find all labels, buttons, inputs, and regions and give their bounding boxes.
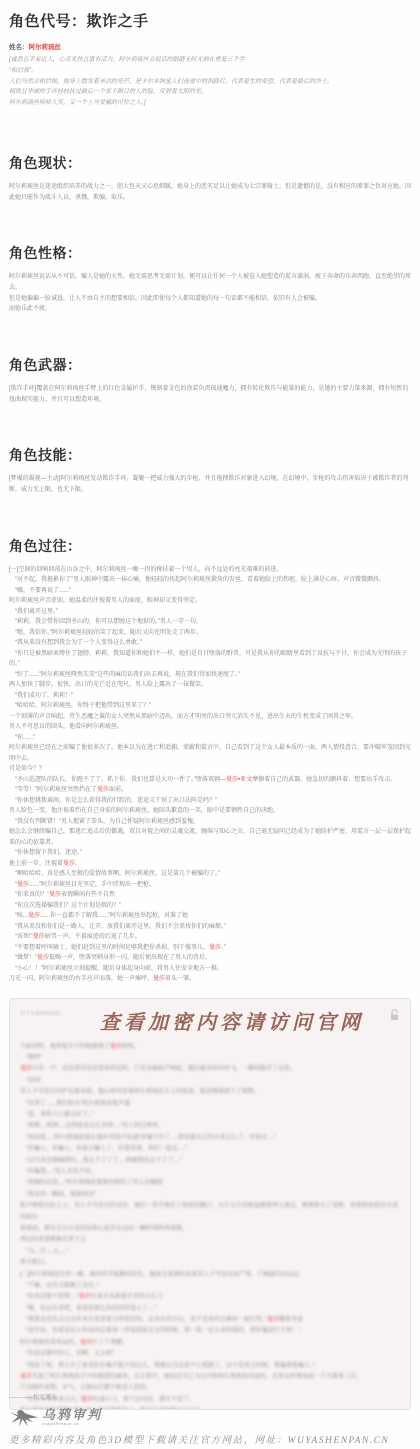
text-segment: “唉... [9,913,28,919]
text-line: 与此同时，她举起手中的枪瞄准了曼莎怒吼。 [20,1042,400,1053]
text-line: “你......” [9,733,411,744]
text-line: “再见的一瞬间，姐姐再见” [20,1190,400,1201]
text-line: 他上前一步，注视着曼莎。 [9,859,411,870]
text-segment: 刀光一闪，阿尔莉琉丝的右手应声而落，她一声痛呼， [9,976,153,982]
encrypted-box-header: 以下为加密的内容: 查看加密内容请访问官网 [20,1006,400,1035]
highlighted-name: 曼莎 [97,787,109,793]
section-personality-text: 阿尔莉琉丝说话从不可信，骗人是她的天性，她无需思考无需计划，便可以让任何一个人被… [9,272,411,315]
text-segment: “你骗我....”男人苦笑不语。 [20,1169,97,1175]
section-weapon-text: [欺诈手环]覆盖在阿尔莉琉丝手臂上的红色金属护手，镌刻着金色的涂装负责疏通魔力，… [9,384,411,405]
text-line: [梦魇的凝视—主动]阿尔莉琉丝发动欺诈手环，凝聚一把威力强大的步枪，并且拖拽欺诈… [9,474,411,495]
text-line: “你骗人，你骗人，你最会骗人了，你要活着，我们一起走....” [20,1144,400,1155]
text-segment: “你真是够不留情....” [20,1294,79,1300]
highlighted-name: 曼莎 [37,955,49,961]
name-label: 姓名： [9,44,29,51]
text-line: “你真是够吓的人，切咧，又大呗” [20,1349,400,1360]
text-line: “等等！”阿尔莉琉丝突然挡在了曼莎面前。 [9,785,411,796]
text-segment: 男人脸色一变，他注视着挡在自己身前的阿尔莉琉丝，她回头歉意的一笑，眼中是要牺牲自… [9,808,279,814]
text-line: “相信我”。 [9,66,411,77]
text-segment: 低喝一声，堕落突刺身形一闪，随后便出现在了男人的背后。 [49,955,211,961]
text-line: “别逗了呢，我小兵了最美好好骗不能不知这么，我就以为这也不心慌跑了，这不是真会的… [20,1361,400,1372]
document-content: 角色代号：欺诈之手 姓名：阿尔莉琉丝 [诚恳且平易近人，心灵炙热且富有活力，阿尔… [0,0,420,1410]
text-segment: “做梦！” [9,955,37,961]
text-line: 阿尔莉琉丝声音虚弱，她温柔的注视着男人的面庞，眼神却又变得坚定。 [9,596,411,607]
highlighted-name: 曼莎 [153,976,165,982]
text-segment: “这可真是够煽情的....我走不了了了....再煽情也走不了了....” [20,1158,182,1164]
text-line: “没事了......我们快走”阿尔莉琉丝低声道 [20,1099,400,1110]
text-segment: “我从来没有想到我会为了一个人变得这么勇敢。” [9,640,142,646]
text-line: “好了......”阿尔莉琉丝哑然失笑“这些肉麻的话我们出去再说，现在我们得加快… [9,670,411,681]
author-signature: ------------松冗谨东 [9,1392,411,1401]
text-segment: “嗯哼” [20,1055,42,1061]
text-line: “不要想着呼叫骑士，她们赶到这里的时间足够我把你杀掉，别干傻事儿，曼莎。” [9,943,411,954]
text-segment: “该死!” [9,934,33,940]
section-heading-status: 角色现状： [9,153,411,173]
text-segment: “我们成功了，莉莉！” [9,693,73,699]
text-segment: 摩擦着自己的武器，她急切的颤抖着，想要出手攻击。 [252,777,396,783]
brand-logo[interactable]: 乌鸦审判 wuyashenpan.cn [9,1408,411,1428]
text-segment: “恩，重伤马上就会好了。” [20,1112,93,1118]
character-name: 阿尔莉琉丝 [29,44,62,51]
text-line: 精致且华丽的手环轻轻抚过最后一个死不瞑目的人的脸，反射着太阳的光。 [9,87,411,98]
text-segment: 暗骂一声，不着痕迹的后退了几步。 [45,934,141,940]
text-line: “嗯哼” [20,1053,400,1064]
text-segment: “你来真的？” [9,892,49,898]
text-line: 刀光一闪，阿尔莉琉丝的右手应声而落，她一声痛呼，曼莎眉头一皱。 [9,974,411,985]
text-line: 阿尔莉琉丝已经在之前骗了他很多次了，他本以为在逃亡和追捕，蒙蔽和谎言中，自己看到… [9,743,411,764]
text-line: 男人不可思议的护在她身前，他心疼的看着阿尔莉琉丝手上的痕迹，眼泪慢慢流下了眼眶。 [20,1087,400,1098]
section-heading-weapon: 角色武器： [9,355,411,375]
text-segment: “莉莉，我会带你回到圣山的，你可以摆脱这个地狱的。”男人一字一句。 [9,619,202,625]
text-line: 莉琉丝，那句无以言说的话和心底里永远的一瞬时间终将离散。 [20,1224,400,1235]
text-segment: 男人不可思议的回头，他看向阿尔莉琉丝。 [9,724,123,730]
text-line: 但是她偏偏一脸诚恳，让人不由自主的想要相信，因此即使每个人都知道她的每一句话都不… [9,294,411,305]
text-line: [诚恳且平易近人，心灵炙热且富有活力，阿尔莉琉丝会说话的眼睛无时无刻在重复三个字 [9,55,411,66]
text-segment: “没用” [20,1078,42,1084]
text-segment: 面前。 [109,787,127,793]
text-line: [一]空洞的回响回荡在山谷之中，阿尔莉琉丝一瘸一拐的搀扶着一个男人，向不远处的亮… [9,565,411,576]
text-line: “唉...曼莎......你一直都不了解我......”阿尔莉琉丝举起枪，对准了… [9,911,411,922]
text-line: 人们当然会相信她，她身上散发着圣洁的光芒，是卡尔多纳星人们迷途中的指路灯，代表着… [9,77,411,88]
highlighted-name: 曼莎 [33,934,45,940]
text-line: 她怎么会继续骗自己，那逃亡追击后的偶遇，双目对视之间的灵魂交流，缠绵与知心之言，… [9,827,411,848]
text-segment: 两人加快了脚步，很快，出口的光芒近在咫尺，男人脸上露出了一抹微笑。 [9,682,207,688]
text-segment: 翻着身姿 [279,1317,303,1323]
text-line: “我要是没先走过去的本次看来更寻常依旧的，还真有的分坛，看不见真的会被你一枪打死… [20,1315,400,1326]
text-segment: 表情瞬间有些不自然 [61,892,115,898]
text-line: “我们成功了，莉莉！” [9,691,411,702]
highlighted-name: 曼莎•亚文 [226,777,252,783]
text-line: “莉莉....莉莉....这到底是怎么回事....”男人回过神来。 [20,1121,400,1132]
text-segment: 打了个寒颤。 [92,1340,128,1346]
text-segment: 一个刻薄的声音响起，背生恶魔之翼的女人突然从黑暗中迈出，而方才明亮的出口突兀消失… [9,714,357,720]
text-line: “做梦！”曼莎低喝一声，堕落突刺身形一闪，随后便出现在了男人的背后。 [9,953,411,964]
text-segment: “ [9,882,17,888]
text-segment: ......”阿尔莉琉丝目光坚定，手中浮现出一把枪。 [29,882,155,888]
text-segment: “我要是没先走过去的本次看来更寻常依旧的，还真有的分坛，看不见真的会被你一枪打死… [20,1317,267,1323]
text-line: “我们离开这里。” [9,607,411,618]
text-line: “再煽的话连....”阿尔莉琉丝紧紧的捂住了男人的胸膛 [20,1178,400,1189]
text-line: 曼莎冷笑一声，还没来得及说更多的话时，只见金属枪声响起，随后她身形向外飞，一瞬间… [20,1064,400,1075]
text-segment: 吐着舌头掂着手里的大长刀 [91,1294,163,1300]
text-line: 两人加快了脚步，很快，出口的光芒近在咫尺，男人脸上露出了一抹微笑。 [9,680,411,691]
text-segment: “圣山巡逻队的队长，你跑不了了，抓下你，我们也算是大功一件了。”堕落双刺— [9,777,226,783]
text-segment: “啊哈哈哈，真是感人至极的爱情故事啊，阿尔莉琉丝，这是第几个被骗的了。” [9,871,220,877]
text-line: “啊哈哈哈，真是感人至极的爱情故事啊，阿尔莉琉丝，这是第几个被骗的了。” [9,869,411,880]
text-segment: “你休想挑拨离间，你是怎么获得我的行踪的，迷途又干预了出口法阵是吗？” [9,798,217,804]
text-line: “没用” [20,1076,400,1087]
text-line: “嗯，你这次看吧，看来你要让你的同伴进人了....” [20,1304,400,1315]
text-segment: “你只是被黑暗束缚住了翅膀，莉莉，我知道你和她们不一样，她们是自甘堕落的野兽，可… [9,651,407,668]
text-segment: 与此同时，她举起手中的枪瞄准了 [20,1044,110,1050]
text-segment: 阿尔莉琉丝已经在之前骗了他很多次了，他本以为在逃亡和追捕，蒙蔽和谎言中，自己看到… [9,745,411,762]
text-line: “我从来没和你们是一路人，让开，放我们离开这里，我们不会来找你们的麻烦。” [9,922,411,933]
text-line: “你骗我....”男人苦笑不语。 [20,1167,400,1178]
text-segment: “我没有判断错！”男人握紧了拳头，为自己怀疑阿尔莉琉丝感到羞愧。 [9,819,199,825]
text-segment: 。 [75,861,81,867]
highlighted-name: 曼莎 [20,1374,32,1380]
text-line: “嘘，不要再说了......” [9,586,411,597]
text-segment: [二]阿尔莉琉丝负伤一瘸，城外的手枪瞬间消失，她面无表情的看着男人不可思议的尸体… [20,1272,299,1278]
text-segment: “别逗了呢，我小兵了最美好好骗不能不知这么，我就以为这也不心慌跑了，这不是真会的… [20,1363,315,1369]
text-line: “对不起，我拖累你了”男人眼神中露出一抹心痛，他轻轻的抚起阿尔莉琉丝鬓角的发丝，… [9,575,411,586]
text-line: 曼莎无视了阿尔莉琉丝手中的抱怨的痛诉，在长街中，她反思自己为这次和阿尔莉琉丝见面… [20,1372,400,1383]
text-line: 可是如今？？ [9,764,411,775]
text-line: “你真是够不留情....”曼莎吐着舌头掂着手里的大长刀 [20,1292,400,1303]
text-segment: 眉头一皱。 [165,976,195,982]
text-segment: 阿尔莉琉丝声音虚弱，她温柔的注视着男人的面庞，眼神却又变得坚定。 [9,598,201,604]
text-line: “你休想挑拨离间，你是怎么获得我的行踪的，迷途又干预了出口法阵是吗？” [9,796,411,807]
highlighted-name: 曼莎 [79,1294,91,1300]
text-line: “圣山巡逻队的队长，你跑不了了，抓下你，我们也算是大功一件了。”堕落双刺—曼莎•… [9,775,411,786]
text-segment: “你骗人，你骗人，你最会骗人了，你要活着，我们一起走....” [20,1146,187,1152]
text-segment: “说实话，你要是在山里真的让那条一样追到底走去的时候，那一枪一定会杀伤我的，把你… [20,1328,300,1334]
text-line: [欺诈手环]覆盖在阿尔莉琉丝手臂上的红色金属护手，镌刻着金色的涂装负责疏通魔力，… [9,384,411,405]
text-segment: “再见的一瞬间，姐姐再见” [20,1192,96,1198]
text-segment: “干嘛，这次又搞砸了没有。” [20,1283,99,1289]
intro-text: [诚恳且平易近人，心灵炙热且富有活力，阿尔莉琉丝会说话的眼睛无时无刻在重复三个字… [9,55,411,109]
text-segment: “嗯，你这次看吧，看来你要让你的同伴进人了....” [20,1306,157,1312]
text-segment: “哈哈哈，阿尔莉琉丝，你终于把他带到这里来了？” [9,703,151,709]
text-segment: 死不瞑目。 [20,1260,50,1266]
page-title: 角色代号：欺诈之手 [9,10,411,31]
text-segment: 怒吼。 [122,1044,140,1050]
encrypted-content-box: 以下为加密的内容: 查看加密内容请访问官网 与此同时，她举起手中的枪瞄准了曼莎怒… [9,998,411,1410]
text-segment: “等等！”阿尔莉琉丝突然挡在了 [9,787,97,793]
text-segment: 冷笑一声，还没来得及说更多的话时，只见金属枪声响起，随后她身形向外飞，一瞬间躲开… [32,1066,296,1072]
highlighted-name: 曼莎 [80,1340,92,1346]
highlighted-name: 曼莎 [110,1044,122,1050]
highlighted-name: 曼莎 [17,882,29,888]
brand-name: 乌鸦审判 [42,1408,102,1421]
encrypted-blurred-text: 与此同时，她举起手中的枪瞄准了曼莎怒吼。 “嗯哼”曼莎冷笑一声，还没来得及说更多… [20,1042,400,1410]
encrypted-label: 以下为加密的内容: [20,1006,78,1017]
text-line: “哈哈哈，阿尔莉琉丝，你终于把他带到这里来了？” [9,701,411,712]
text-line: 枪声响彻天际之上，男人不可思议的呆住，他们一双手抱住了彼此的胸口，大片大片的鲜血… [20,1201,400,1224]
text-line: “你这次选择骗我们？这个计划是假的？” [9,901,411,912]
text-line: “小心！！”阿尔莉琉丝立刻提醒，随后身体起身向前，将男人往安全地方一推。 [9,964,411,975]
encrypted-banner: 查看加密内容请访问官网 [78,1006,386,1035]
text-segment: 可是如今？？ [9,766,45,772]
text-line: [二]阿尔莉琉丝负伤一瘸，城外的手枪瞬间消失，她面无表情的看着男人不可思议的尸体… [20,1270,400,1281]
text-segment: 无视了阿尔莉琉丝手中的抱怨的痛诉，在长街中，她反思自己为这次和阿尔莉琉丝见面的，… [32,1374,362,1380]
promo-line: 更多精彩内容及角色3D模型下载请关注官方网站，网址：WUYASHENPAN.CN [9,1432,411,1446]
text-line: “这可真是够煽情的....我走不了了了....再煽情也走不了了....” [20,1156,400,1167]
section-heading-history: 角色过往： [9,536,411,556]
text-line: 阿尔莉琉丝哈哈大笑，又一个上当受骗的可怜之人。] [9,98,411,109]
text-segment: “你......” [9,735,35,741]
text-segment: “我们离开这里。” [9,609,58,615]
text-segment: 莉琉丝，那句无以言说的话和心底里永远的一瞬时间终将离散。 [20,1226,188,1232]
text-segment: “好了......”阿尔莉琉丝哑然失笑“这些肉麻的话我们出去再说，现在我们得加快… [9,672,240,678]
text-line: “曼莎......”阿尔莉琉丝目光坚定，手中浮现出一把枪。 [9,880,411,891]
text-line: “你只是被黑暗束缚住了翅膀，莉莉，我知道你和她们不一样，她们是自甘堕落的野兽，可… [9,649,411,670]
text-segment: “对不起，我拖累你了”男人眼神中露出一抹心痛，他轻轻的抚起阿尔莉琉丝鬓角的发丝，… [9,577,385,583]
text-segment: ......你一直都不了解我......”阿尔莉琉丝举起枪，对准了她 [40,913,188,919]
text-segment: 他上前一步，注视着 [9,861,63,867]
text-segment: “你这次选择骗我们？这个计划是假的？” [9,903,121,909]
highlighted-name: 曼莎 [28,913,40,919]
brand-url-small: wuyashenpan.cn [42,1422,102,1427]
text-segment: 男人不可思议的护在她身前，他心疼的看着阿尔莉琉丝手上的痕迹，眼泪慢慢流下了眼眶。 [20,1089,260,1095]
text-line: “该死!”曼莎暗骂一声，不着痕迹的后退了几步。 [9,932,411,943]
text-line: “嗯，我信你。”阿尔莉琉丝轻轻的笑了起来，随后又向光明处走了两步。 [9,628,411,639]
highlighted-name: 曼莎 [267,1317,279,1323]
text-segment: [一]空洞的回响回荡在山谷之中，阿尔莉琉丝一瘸一拐的搀扶着一个男人，向不远处的亮… [9,567,282,573]
text-line: 两边的重量渐渐沉重下去 [20,1235,400,1246]
text-segment: 。” [221,945,226,951]
crow-logo-icon [9,1408,39,1428]
highlighted-name: 曼莎 [49,892,61,898]
section-heading-skill: 角色技能： [9,445,411,465]
text-segment: 枪声响彻天际之上，男人不可思议的呆住，他们一双手抱住了彼此的胸口，大片大片的鲜血… [20,1203,398,1220]
text-segment: “莉莉....莉莉....这到底是怎么回事....”男人回过神来。 [20,1123,164,1129]
text-line: “干嘛，这次又搞砸了没有。” [20,1281,400,1292]
text-segment: “嗯，我信你。”阿尔莉琉丝轻轻的笑了起来，随后又向光明处走了两步。 [9,630,202,636]
text-line: 阿尔莉琉丝是迷途组织培养的战力之一，胆大包天又心思细腻，她身上的恶劣足以让她成为… [9,182,411,203]
text-line: “你来真的？”曼莎表情瞬间有些不自然 [9,890,411,901]
story-text: [一]空洞的回响回荡在山谷之中，阿尔莉琉丝一瘸一拐的搀扶着一个男人，向不远处的亮… [9,565,411,985]
text-line: 一个刻薄的声音响起，背生恶魔之翼的女人突然从黑暗中迈出，而方才明亮的出口突兀消失… [9,712,411,723]
text-line: 阿尔莉琉丝耸耸肩的，曼莎打了个寒颤。 [20,1338,400,1349]
brand-text: 乌鸦审判 wuyashenpan.cn [42,1408,102,1427]
text-line: “说实话，你要是在山里真的让那条一样追到底走去的时候，那一枪一定会杀伤我的，把你… [20,1326,400,1337]
section-skill-text: [梦魇的凝视—主动]阿尔莉琉丝发动欺诈手环，凝聚一把威力强大的步枪，并且拖拽欺诈… [9,474,411,495]
section-heading-personality: 角色性格： [9,243,411,263]
text-segment: 只为她的表情，牙气，让她每次都不敢惹人似的。 [20,1385,152,1391]
text-segment: “小心！！”阿尔莉琉丝立刻提醒，随后身体起身向前，将男人往安全地方一推。 [9,966,223,972]
page: 角色代号：欺诈之手 姓名：阿尔莉琉丝 [诚恳且平易近人，心灵炙热且富有活力，阿尔… [0,0,420,1449]
text-line: 男人脸色一变，他注视着挡在自己身前的阿尔莉琉丝，她回头歉意的一笑，眼中是要牺牲自… [9,806,411,817]
text-line: “我没有判断错！”男人握紧了拳头，为自己怀疑阿尔莉琉丝感到羞愧。 [9,817,411,828]
footer: ------------松冗谨东 乌鸦审判 wuyashenpan.cn 更多精… [0,1392,420,1446]
text-segment: 阿尔莉琉丝耸耸肩的， [20,1340,80,1346]
text-segment: “再煽的话连....”阿尔莉琉丝紧紧的捂住了男人的胸膛 [20,1180,163,1186]
section-status-text: 阿尔莉琉丝是迷途组织培养的战力之一，胆大包天又心思细腻，她身上的恶劣足以让她成为… [9,182,411,203]
highlighted-name: 曼莎 [20,1066,32,1072]
text-segment: “为....什....么....” [20,1249,68,1255]
text-segment: “没事了......我们快走”阿尔莉琉丝低声道 [20,1101,130,1107]
text-line: 死不瞑目。 [20,1258,400,1269]
text-line: “我从来没有想到我会为了一个人变得这么勇敢。” [9,638,411,649]
text-segment: 两边的重量渐渐沉重下去 [20,1237,86,1243]
text-line: 而她乐此不疲。 [9,304,411,315]
highlighted-name: 曼莎 [63,861,75,867]
highlighted-name: 曼莎 [209,945,221,951]
text-segment: “你休想留下我们，迷途。” [9,850,82,856]
text-segment: “你真是够吓的人，切咧，又大呗” [20,1351,114,1357]
text-segment: “别说谎....”阿尔莉琉丝靠在他怀里低声说道“你骗不住了....我知道自己的未… [20,1135,276,1141]
text-segment: “不要想着呼叫骑士，她们赶到这里的时间足够我把你杀掉，别干傻事儿， [9,945,209,951]
text-line: 阿尔莉琉丝说话从不可信，骗人是她的天性，她无需思考无需计划，便可以让任何一个人被… [9,272,411,293]
text-segment: “我从来没和你们是一路人，让开，放我们离开这里，我们不会来找你们的麻烦。” [9,924,226,930]
text-segment: “嘘，不要再说了......” [9,588,71,594]
name-row: 姓名：阿尔莉琉丝 [9,42,411,51]
text-line: “莉莉，我会带你回到圣山的，你可以摆脱这个地狱的。”男人一字一句。 [9,617,411,628]
text-line: “为....什....么....” [20,1247,400,1258]
text-line: “恩，重伤马上就会好了。” [20,1110,400,1121]
lock-icon [386,1006,400,1026]
text-segment: 她怎么会继续骗自己，那逃亡追击后的偶遇，双目对视之间的灵魂交流，缠绵与知心之言，… [9,829,411,846]
text-line: “你休想留下我们，迷途。” [9,848,411,859]
text-line: “别说谎....”阿尔莉琉丝靠在他怀里低声说道“你骗不住了....我知道自己的未… [20,1133,400,1144]
text-line: 男人不可思议的回头，他看向阿尔莉琉丝。 [9,722,411,733]
